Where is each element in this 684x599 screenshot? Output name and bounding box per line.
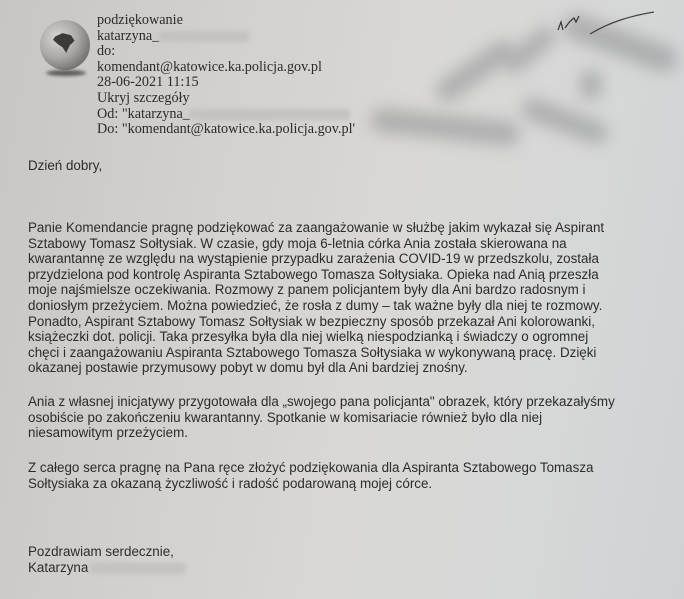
blur-smudge — [369, 107, 521, 147]
signature: Katarzyna — [28, 560, 88, 575]
handwritten-mark — [550, 8, 660, 38]
to-label: do: — [97, 44, 355, 60]
closing: Pozdrawiam serdecznie, — [28, 544, 174, 560]
from-line-row: Od: "katarzyna_ — [97, 107, 355, 123]
globe-shadow — [46, 70, 86, 76]
signature-row: Katarzyna — [28, 560, 186, 576]
paragraph-2: Ania z własnej inicjatywy przygotowała d… — [28, 394, 615, 441]
text-line: okazanej postawie przymusowy pobyt w dom… — [28, 360, 604, 376]
blur-smudge — [519, 95, 611, 146]
redaction-blur — [159, 31, 249, 42]
sender-name-row: katarzyna_ — [97, 29, 355, 45]
recipient-address[interactable]: komendant@katowice.ka.policja.gov.pl — [97, 60, 355, 76]
text-line: doniosłym przeżyciem. Można powiedzieć, … — [28, 298, 604, 314]
text-line: moje najśmielsze oczekiwania. Rozmowy z … — [28, 282, 604, 298]
text-line: kwarantannę ze względu na wystąpienie pr… — [28, 251, 604, 267]
paragraph-3: Z całego serca pragnę na Pana ręce złoży… — [28, 460, 593, 491]
text-line: Sołtysiaka za okazaną życzliwość i radoś… — [28, 476, 593, 492]
text-line: chęci i zaangażowaniu Aspiranta Sztabowe… — [28, 345, 604, 361]
text-line: osobiście po zakończeniu kwarantanny. Sp… — [28, 410, 615, 426]
text-line: Ponadto, Aspirant Sztabowy Tomasz Sołtys… — [28, 314, 604, 330]
text-line: Ania z własnej inicjatywy przygotowała d… — [28, 394, 615, 410]
globe-icon — [40, 20, 90, 70]
greeting: Dzień dobry, — [28, 158, 102, 174]
hide-details-link[interactable]: Ukryj szczegóły — [97, 91, 355, 107]
email-datetime: 28-06-2021 11:15 — [97, 75, 355, 91]
email-header: podziękowanie katarzyna_ do: komendant@k… — [97, 13, 355, 138]
text-line: Panie Komendancie pragnę podziękować za … — [28, 220, 604, 236]
text-line: Sztabowy Tomasz Sołtysiak. W czasie, gdy… — [28, 236, 604, 252]
blur-smudge — [580, 70, 602, 100]
blur-smudge — [432, 36, 518, 106]
text-line: przydzielona pod kontrolę Aspiranta Szta… — [28, 267, 604, 283]
from-line: Od: "katarzyna_ — [97, 106, 190, 122]
text-line: niesamowitym przeżyciem. — [28, 425, 615, 441]
text-line: Z całego serca pragnę na Pana ręce złoży… — [28, 460, 593, 476]
email-subject: podziękowanie — [97, 13, 355, 29]
sender-name: katarzyna_ — [97, 28, 159, 44]
redaction-blur — [90, 563, 186, 574]
paragraph-1: Panie Komendancie pragnę podziękować za … — [28, 220, 604, 376]
to-line: Do: "komendant@katowice.ka.policja.gov.p… — [97, 122, 355, 138]
text-line: książeczki dot. policji. Taka przesyłka … — [28, 329, 604, 345]
redaction-blur — [190, 109, 350, 120]
